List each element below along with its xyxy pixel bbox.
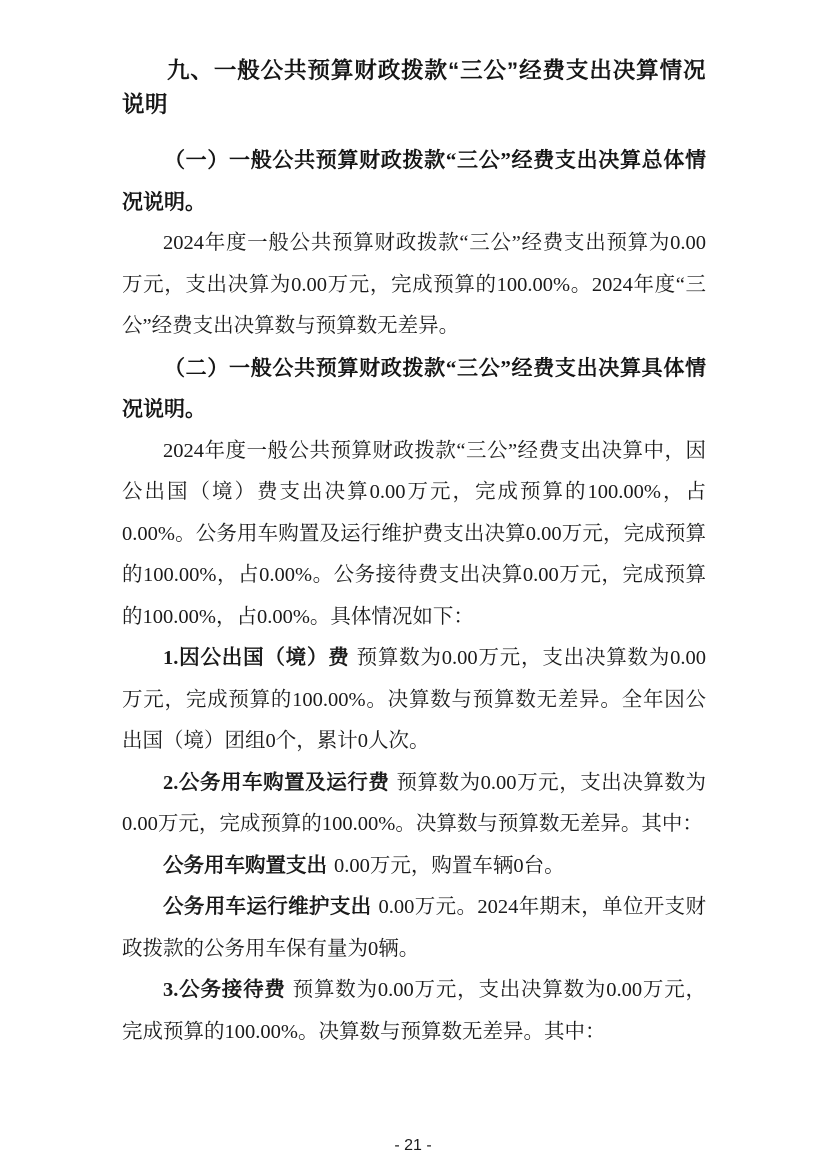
main-title: 九、一般公共预算财政拨款“三公”经费支出决算情况说明	[122, 54, 706, 122]
section-2-heading: （二）一般公共预算财政拨款“三公”经费支出决算具体情况说明。	[122, 348, 706, 431]
section-2-paragraph-summary: 2024年度一般公共预算财政拨款“三公”经费支出决算中，因公出国（境）费支出决算…	[122, 431, 706, 639]
reception-fee-label: 3.公务接待费	[163, 979, 286, 1001]
abroad-fee-label: 1.因公出国（境）费	[163, 647, 350, 669]
document-page: 九、一般公共预算财政拨款“三公”经费支出决算情况说明 （一）一般公共预算财政拨款…	[0, 0, 826, 1169]
paragraph-abroad-fee: 1.因公出国（境）费预算数为0.00万元，支出决算数为0.00万元，完成预算的1…	[122, 638, 706, 763]
vehicle-maintenance-label: 公务用车运行维护支出	[163, 896, 372, 918]
paragraph-vehicle-maintenance: 公务用车运行维护支出0.00万元。2024年期末，单位开支财政拨款的公务用车保有…	[122, 887, 706, 970]
page-number: - 21 -	[0, 1137, 826, 1155]
vehicle-purchase-text: 0.00万元，购置车辆0台。	[334, 855, 565, 877]
section-1-heading: （一）一般公共预算财政拨款“三公”经费支出决算总体情况说明。	[122, 140, 706, 223]
paragraph-vehicle-purchase: 公务用车购置支出0.00万元，购置车辆0台。	[122, 846, 706, 888]
paragraph-vehicle-fee: 2.公务用车购置及运行费预算数为0.00万元，支出决算数为0.00万元，完成预算…	[122, 763, 706, 846]
vehicle-purchase-label: 公务用车购置支出	[163, 855, 327, 877]
document-content: 九、一般公共预算财政拨款“三公”经费支出决算情况说明 （一）一般公共预算财政拨款…	[122, 54, 706, 1053]
vehicle-fee-label: 2.公务用车购置及运行费	[163, 772, 389, 794]
paragraph-reception-fee: 3.公务接待费预算数为0.00万元，支出决算数为0.00万元，完成预算的100.…	[122, 970, 706, 1053]
section-1-paragraph-overview: 2024年度一般公共预算财政拨款“三公”经费支出预算为0.00万元，支出决算为0…	[122, 223, 706, 348]
